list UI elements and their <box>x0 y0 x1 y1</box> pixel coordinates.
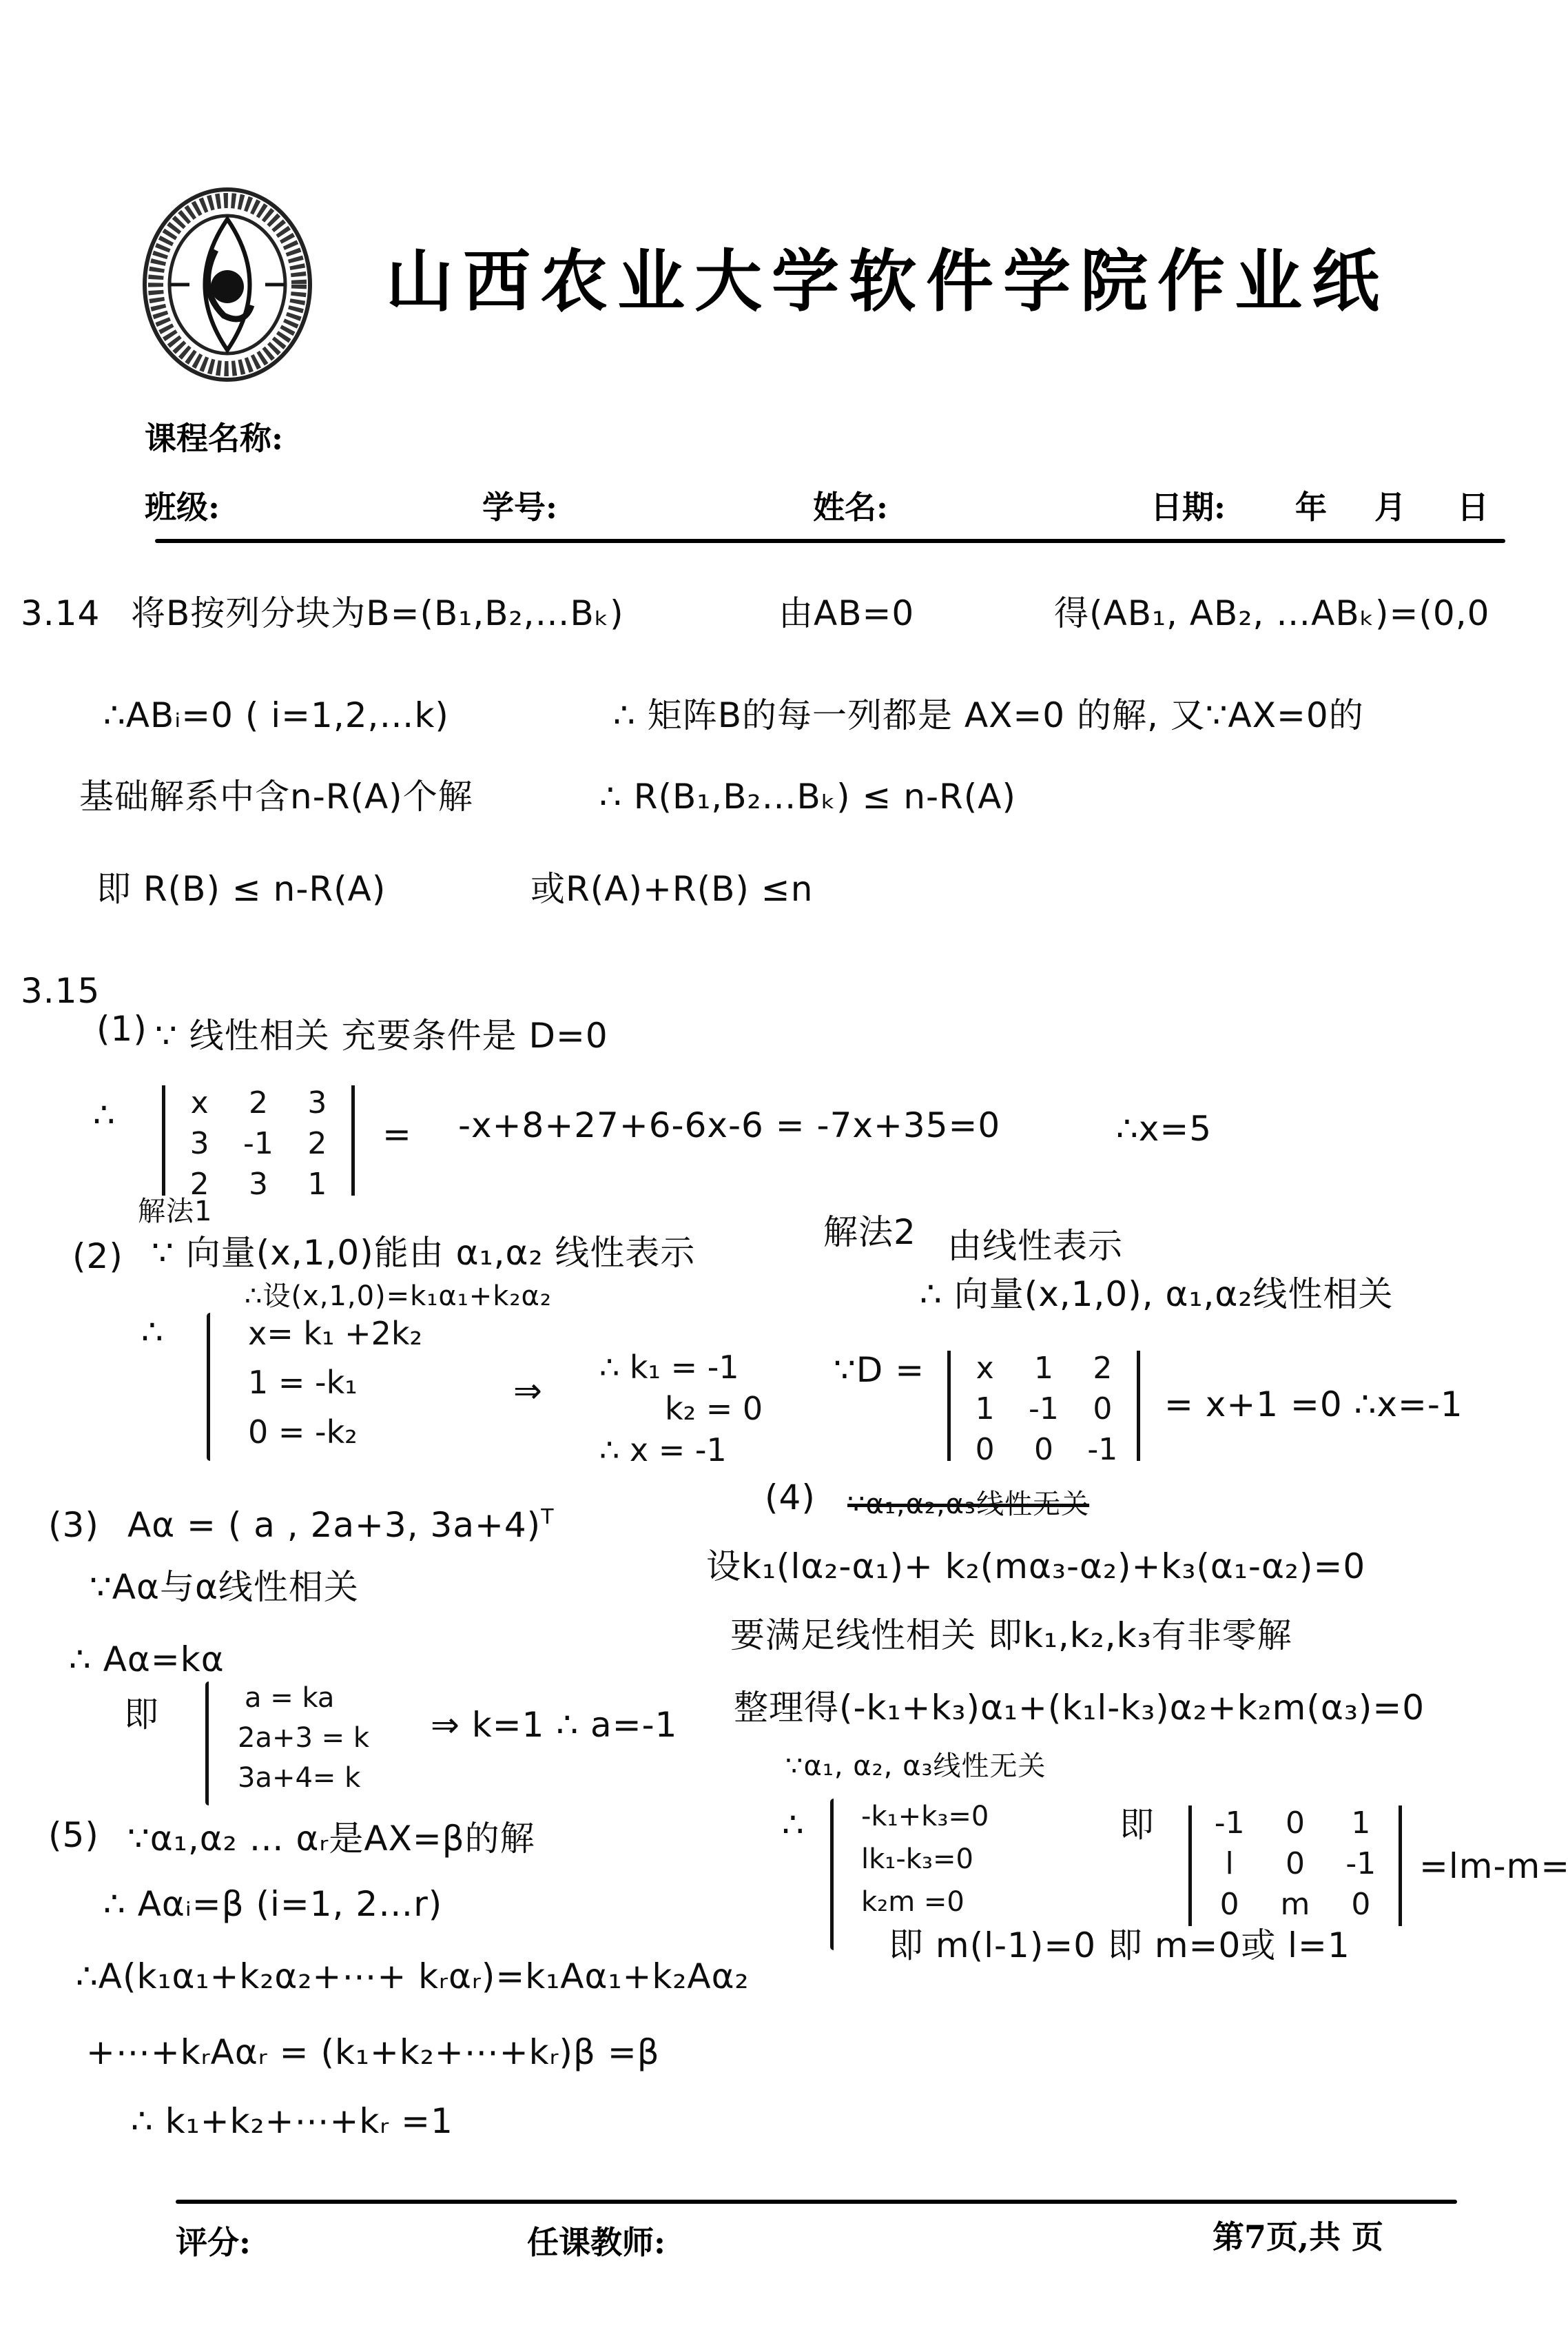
cell: -1 <box>1084 1432 1122 1467</box>
therefore-symbol: ∴ <box>141 1313 164 1353</box>
solution-line: ∴ k₁ = -1 <box>599 1347 763 1389</box>
equation-system: -k₁+k₃=0 lk₁-k₃=0 k₂m =0 <box>861 1795 989 1923</box>
equation: 0 = -k₂ <box>248 1408 422 1457</box>
determinant-grid: x12 1-10 00-1 <box>951 1351 1137 1467</box>
therefore-symbol: ∴ <box>93 1096 116 1136</box>
part-label: (5) <box>48 1816 99 1856</box>
text-line: ∵α₁, α₂, α₃线性无关 <box>785 1750 1046 1782</box>
text-line: 设k₁(lα₂-α₁)+ k₂(mα₃-α₂)+k₃(α₁-α₂)=0 <box>706 1547 1365 1587</box>
result: = x+1 =0 ∴x=-1 <box>1164 1385 1463 1425</box>
equation: 3a+4= k <box>238 1758 369 1798</box>
cell: -1 <box>239 1126 277 1161</box>
system-brace <box>830 1799 834 1950</box>
text-line: 要满足线性相关 即k₁,k₂,k₃有非零解 <box>730 1616 1292 1656</box>
cell: -1 <box>1339 1846 1383 1881</box>
footer-divider <box>176 2200 1457 2204</box>
seal-icon <box>141 185 313 385</box>
cell: 3 <box>239 1167 277 1202</box>
cell: x <box>966 1351 1004 1386</box>
cell: 0 <box>1024 1432 1062 1467</box>
cell: 1 <box>1339 1805 1383 1841</box>
date-label: 日期: <box>1151 482 1226 528</box>
therefore-symbol: ∴ <box>782 1805 805 1845</box>
text-line: -x+8+27+6-6x-6 = -7x+35=0 <box>458 1106 1000 1146</box>
cell: 2 <box>239 1085 277 1121</box>
result: ∴x=5 <box>1116 1109 1212 1149</box>
equation: 1 = -k₁ <box>248 1358 422 1407</box>
student-id-label: 学号: <box>482 482 557 528</box>
text-line: ∵α₁,α₂ … αᵣ是AX=β的解 <box>127 1819 535 1859</box>
text-line: 由线性表示 <box>947 1227 1123 1267</box>
page-title: 山西农业大学软件学院作业纸 <box>386 227 1389 325</box>
text-line: ∴ Aα=kα <box>69 1640 225 1680</box>
solution-block: ∴ k₁ = -1 k₂ = 0 ∴ x = -1 <box>599 1347 763 1471</box>
year-label: 年 <box>1295 482 1327 528</box>
determinant-grid: x23 3-12 231 <box>165 1085 351 1202</box>
determinant: -101 l0-1 0m0 <box>1188 1805 1402 1926</box>
text-line: 即 R(B) ≤ n-R(A) <box>96 870 386 910</box>
text-line: ∵ 线性相关 充要条件是 D=0 <box>155 1016 608 1056</box>
equation: Aα = ( a , 2a+3, 3a+4) <box>127 1505 541 1545</box>
cell: 0 <box>1084 1391 1122 1426</box>
text-line: +⋯+kᵣAαᵣ = (k₁+k₂+⋯+kᵣ)β =β <box>86 2033 660 2073</box>
equation: 2a+3 = k <box>238 1718 369 1758</box>
text-line: ∴ R(B₁,B₂…Bₖ) ≤ n-R(A) <box>599 777 1016 817</box>
page-number-label: 第7页,共 页 <box>1213 2212 1383 2258</box>
equation: lk₁-k₃=0 <box>861 1838 989 1881</box>
text-line: 即 m(l-1)=0 即 m=0或 l=1 <box>889 1926 1350 1966</box>
cell: 0 <box>1207 1887 1252 1922</box>
score-label: 评分: <box>176 2218 251 2263</box>
teacher-label: 任课教师: <box>527 2218 666 2263</box>
cell: l <box>1207 1846 1252 1881</box>
text-line: 将B按列分块为B=(B₁,B₂,…Bₖ) <box>131 594 624 634</box>
part-label: (1) <box>96 1010 147 1050</box>
equation: -k₁+k₃=0 <box>861 1795 989 1838</box>
text-line: ∴设(x,1,0)=k₁α₁+k₂α₂ <box>245 1280 552 1312</box>
problem-number: 3.15 <box>21 972 100 1012</box>
text-line: 或R(A)+R(B) ≤n <box>530 870 813 910</box>
system-brace <box>207 1313 210 1461</box>
cell: 1 <box>1024 1351 1062 1386</box>
equals-sign: = <box>382 1115 412 1155</box>
equation-system: a = ka 2a+3 = k 3a+4= k <box>238 1678 369 1798</box>
equation: a = ka <box>238 1678 369 1718</box>
text-line: 基础解系中含n-R(A)个解 <box>79 777 473 817</box>
class-label: 班级: <box>145 482 220 528</box>
text-line: ∴ 向量(x,1,0), α₁,α₂线性相关 <box>920 1275 1393 1315</box>
cell: 3 <box>180 1126 218 1161</box>
cell: m <box>1272 1887 1317 1922</box>
month-label: 月 <box>1374 482 1406 528</box>
cell: 1 <box>298 1167 336 1202</box>
equation: k₂m =0 <box>861 1881 989 1923</box>
cell: 0 <box>1272 1805 1317 1841</box>
day-label: 日 <box>1457 482 1489 528</box>
cell: 0 <box>966 1432 1004 1467</box>
text-line: ∴ 矩阵B的每一列都是 AX=0 的解, 又∵AX=0的 <box>613 696 1364 736</box>
result: ⇒ k=1 ∴ a=-1 <box>431 1706 677 1746</box>
ji-label: 即 <box>124 1695 159 1735</box>
method-1-label: 解法1 <box>138 1196 212 1227</box>
cell: -1 <box>1207 1805 1252 1841</box>
cell: 0 <box>1272 1846 1317 1881</box>
text-line: Aα = ( a , 2a+3, 3a+4)T <box>127 1506 555 1546</box>
course-name-label: 课程名称: <box>145 413 283 459</box>
cell: 2 <box>1084 1351 1122 1386</box>
text-line: ∴ Aαᵢ=β (i=1, 2…r) <box>103 1885 442 1925</box>
transpose-mark: T <box>541 1505 554 1529</box>
text-line: ∵Aα与α线性相关 <box>90 1568 359 1608</box>
text-line: ∴A(k₁α₁+k₂α₂+⋯+ kᵣαᵣ)=k₁Aα₁+k₂Aα₂ <box>76 1957 750 1997</box>
part-label: (3) <box>48 1506 99 1546</box>
equation: x= k₁ +2k₂ <box>248 1309 422 1358</box>
cell: 1 <box>966 1391 1004 1426</box>
problem-number: 3.14 <box>21 594 100 634</box>
determinant: x12 1-10 00-1 <box>947 1351 1140 1461</box>
text-line: ∴ABᵢ=0 ( i=1,2,…k) <box>103 696 449 736</box>
text-line: ∵ 向量(x,1,0)能由 α₁,α₂ 线性表示 <box>152 1234 695 1273</box>
determinant: x23 3-12 231 <box>162 1085 355 1196</box>
cell: 2 <box>298 1126 336 1161</box>
solution-line: k₂ = 0 <box>599 1389 763 1430</box>
equation-system: x= k₁ +2k₂ 1 = -k₁ 0 = -k₂ <box>248 1309 422 1457</box>
text-line: ∴ k₁+k₂+⋯+kᵣ =1 <box>131 2102 453 2142</box>
text-line: 由AB=0 <box>778 594 914 634</box>
university-seal-logo <box>141 185 313 385</box>
solution-line: ∴ x = -1 <box>599 1430 763 1471</box>
text-line: 得(AB₁, AB₂, …ABₖ)=(0,0 <box>1054 594 1489 634</box>
cell: 0 <box>1339 1887 1383 1922</box>
text-line: ∵D = <box>834 1351 925 1391</box>
system-brace <box>205 1681 209 1805</box>
determinant-grid: -101 l0-1 0m0 <box>1192 1805 1399 1922</box>
cell: x <box>180 1085 218 1121</box>
header-divider <box>155 539 1505 543</box>
name-label: 姓名: <box>813 482 888 528</box>
struck-text: ∵α₁,α₂,α₃线性无关 <box>847 1488 1089 1520</box>
implies-arrow: ⇒ <box>513 1371 543 1411</box>
result: =lm-m= <box>1419 1847 1568 1887</box>
method-2-label: 解法2 <box>823 1213 916 1253</box>
ji-label: 即 <box>1120 1805 1155 1845</box>
cell: 3 <box>298 1085 336 1121</box>
part-label: (2) <box>72 1237 123 1277</box>
cell: -1 <box>1024 1391 1062 1426</box>
part-label: (4) <box>765 1478 816 1518</box>
text-line: 整理得(-k₁+k₃)α₁+(k₁l-k₃)α₂+k₂m(α₃)=0 <box>734 1688 1425 1728</box>
